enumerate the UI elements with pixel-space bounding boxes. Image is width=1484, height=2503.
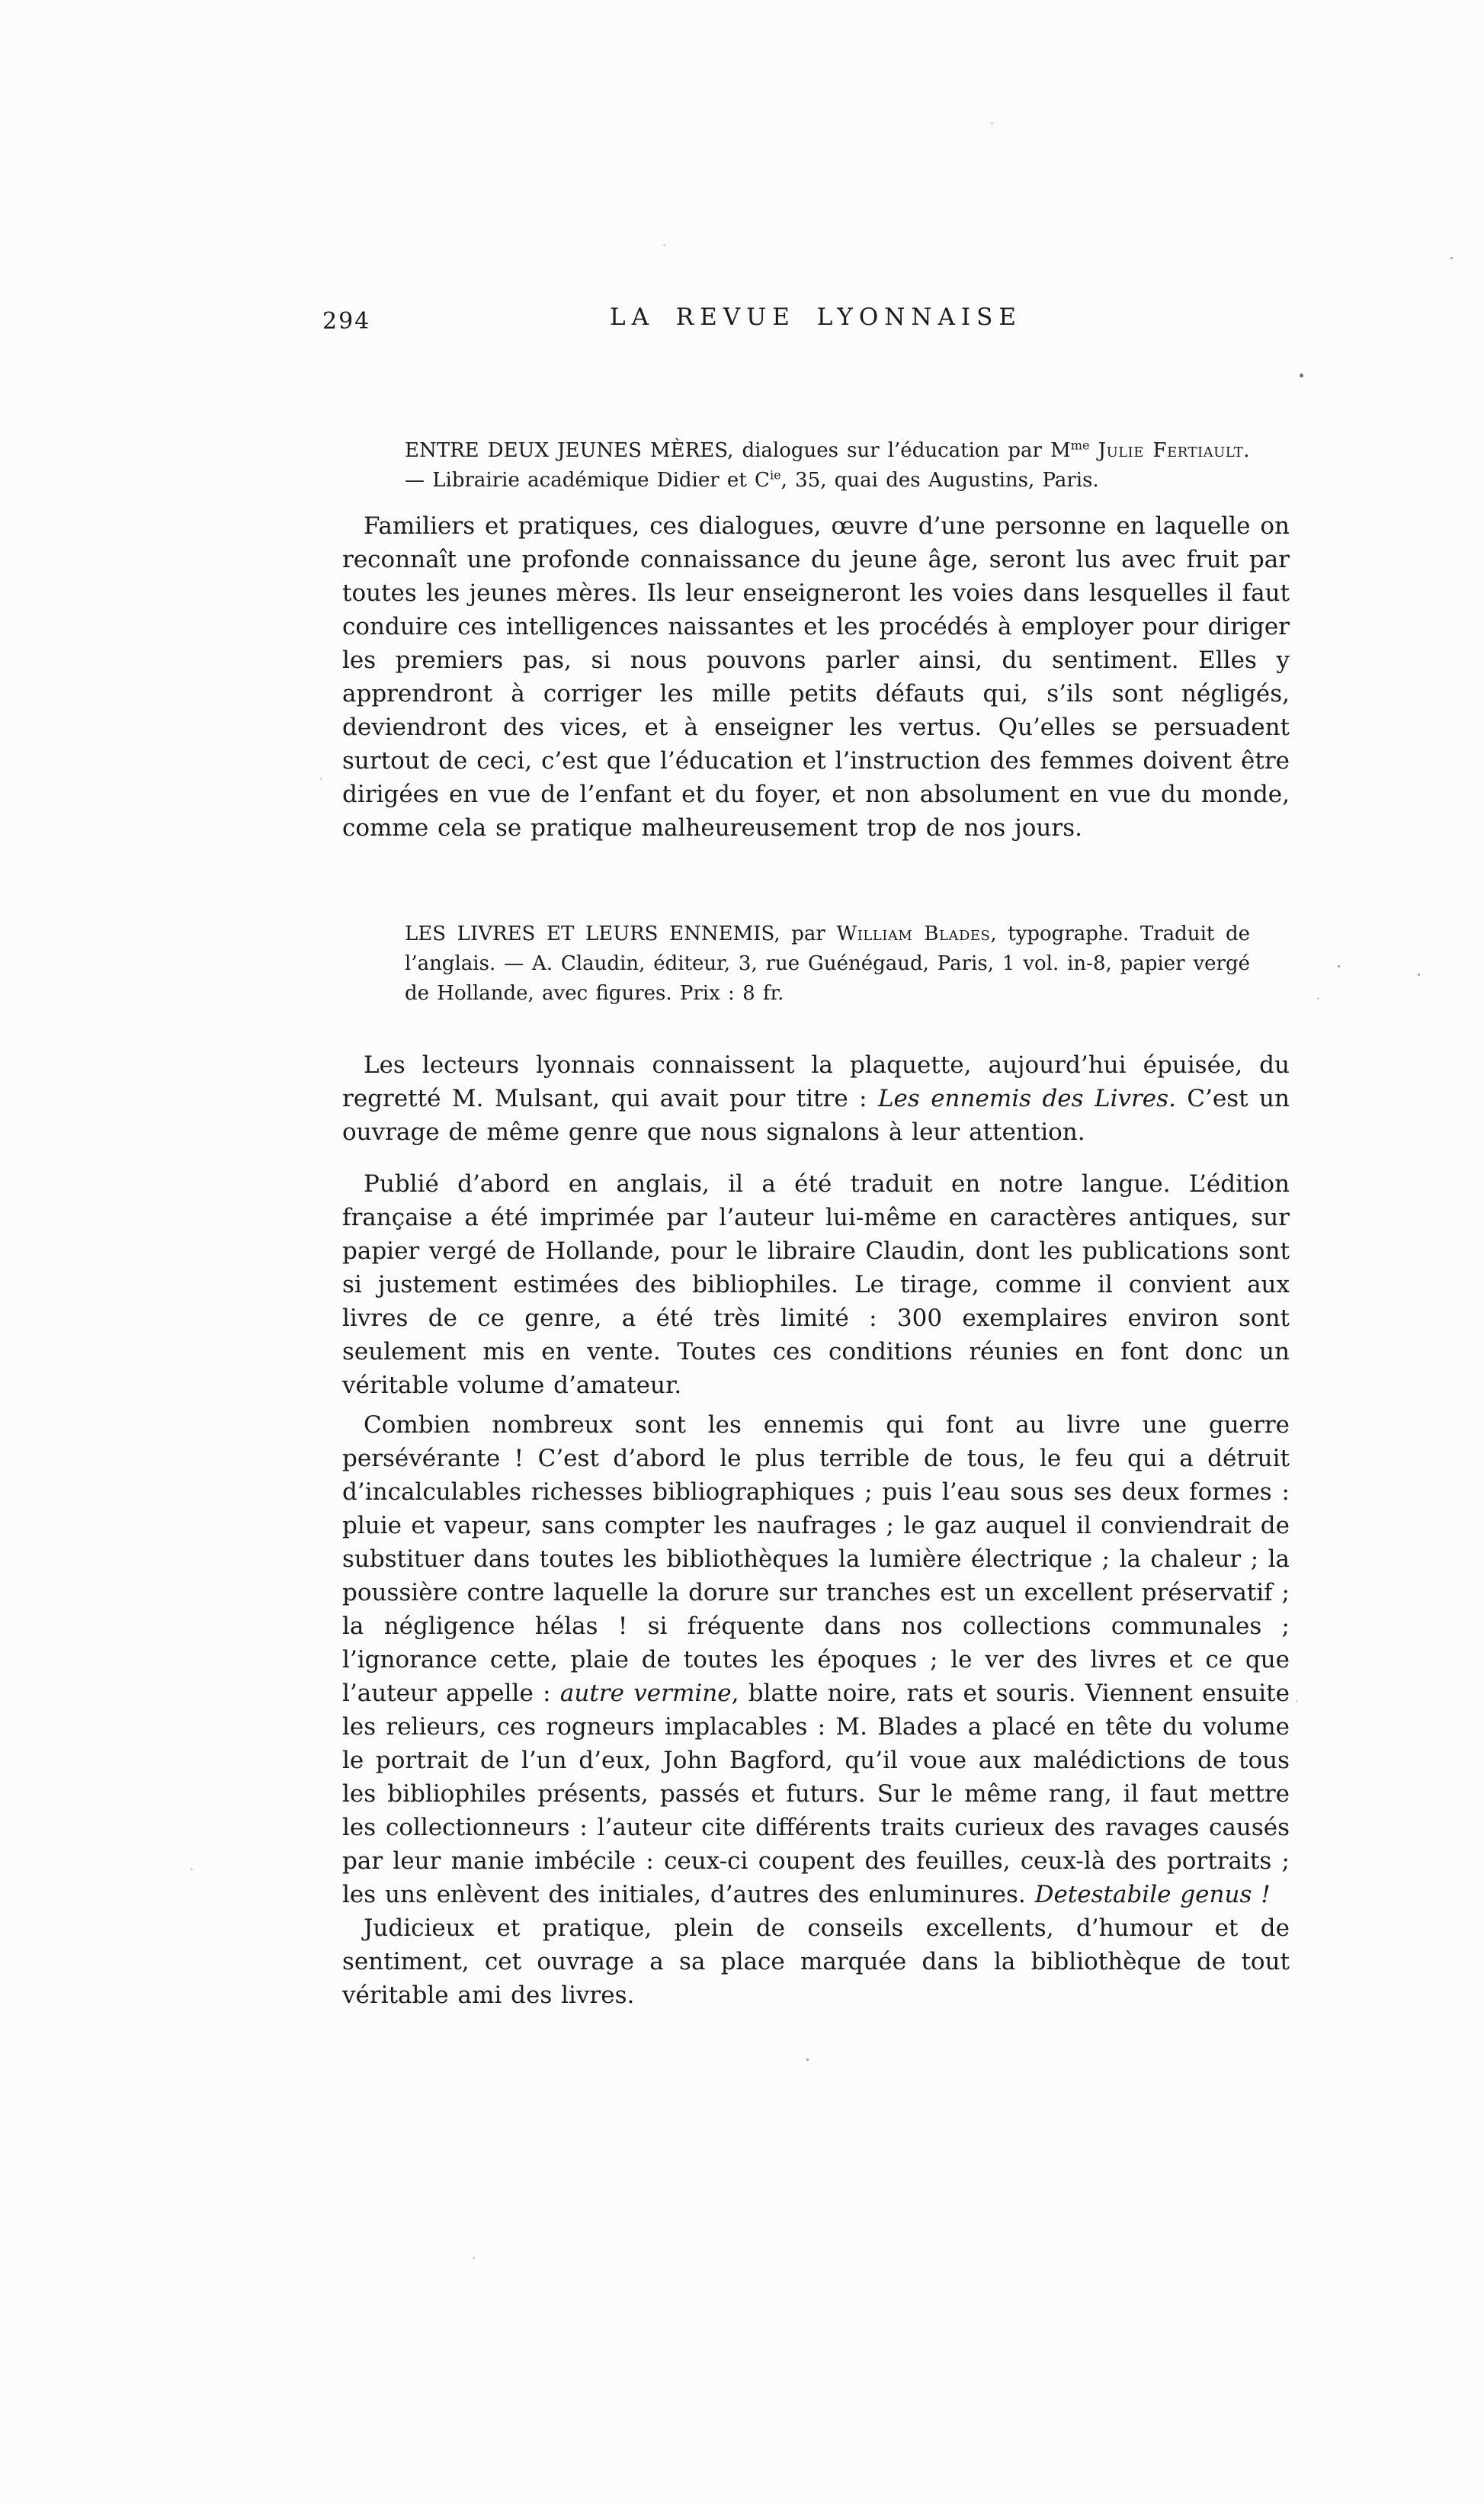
scan-speckle xyxy=(1338,965,1340,968)
review-paragraph: Les lecteurs lyonnais connaissent la pla… xyxy=(342,1048,1290,1149)
scan-speckle xyxy=(1300,374,1303,377)
scan-speckle xyxy=(1296,1700,1298,1702)
page-body: ENTRE DEUX JEUNES MÈRES, dialogues sur l… xyxy=(342,427,1290,2012)
scan-speckle xyxy=(806,2059,809,2061)
scan-speckle xyxy=(1450,257,1453,259)
scan-speckle xyxy=(191,1868,193,1870)
review-heading-les-livres-et-leurs-ennemis: LES LIVRES ET LEURS ENNEMIS, par William… xyxy=(405,919,1250,1009)
review-paragraph: Familiers et pratiques, ces dialogues, œ… xyxy=(342,509,1290,845)
page-header: 294 LA REVUE LYONNAISE xyxy=(342,303,1290,342)
review-paragraph: Judicieux et pratique, plein de conseils… xyxy=(342,1911,1290,2012)
review-paragraph: Publié d’abord en anglais, il a été trad… xyxy=(342,1167,1290,1402)
page-number: 294 xyxy=(322,308,370,335)
scan-speckle xyxy=(1317,997,1319,1000)
review-heading-entre-deux-jeunes-meres: ENTRE DEUX JEUNES MÈRES, dialogues sur l… xyxy=(405,436,1250,496)
scan-speckle xyxy=(320,778,322,780)
scan-speckle xyxy=(663,244,665,246)
journal-title: LA REVUE LYONNAISE xyxy=(342,303,1290,331)
review-paragraph: Combien nombreux sont les ennemis qui fo… xyxy=(342,1408,1290,1911)
scan-speckle xyxy=(991,122,993,124)
review-les-livres-et-leurs-ennemis: LES LIVRES ET LEURS ENNEMIS, par William… xyxy=(342,919,1290,2012)
scanned-page: 294 LA REVUE LYONNAISE ENTRE DEUX JEUNES… xyxy=(0,0,1484,2503)
scan-speckle xyxy=(473,2257,475,2259)
review-entre-deux-jeunes-meres: ENTRE DEUX JEUNES MÈRES, dialogues sur l… xyxy=(342,436,1290,845)
scan-speckle xyxy=(1418,974,1420,976)
